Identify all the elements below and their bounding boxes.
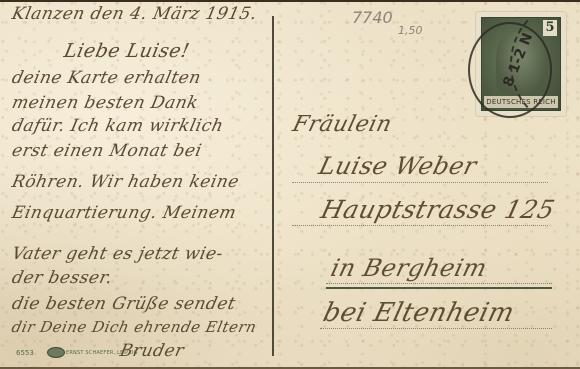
printer-number: 6553 [16, 349, 34, 357]
address-town: in Bergheim [328, 254, 490, 282]
message-line: Einquartierung. Meinem [10, 203, 238, 223]
message-line: Vater geht es jetzt wie- [10, 244, 225, 264]
message-line: dir Deine Dich ehrende Eltern [10, 318, 258, 336]
address-street: Hauptstrasse 125 [318, 195, 558, 224]
message-line: erst einen Monat bei [10, 141, 204, 161]
card-top-edge [0, 0, 580, 2]
message-line: meinen besten Dank [10, 93, 200, 113]
message-salutation: Liebe Luise! [62, 40, 192, 62]
printer-name: ERNST SCHAEFER, LEIPZIG [66, 350, 138, 356]
message-line: die besten Grüße sendet [10, 294, 237, 314]
message-line: dafür. Ich kam wirklich [10, 116, 225, 136]
printer-logo-icon [47, 347, 65, 358]
address-title: Fräulein [290, 112, 395, 137]
pencil-price: 1,50 [398, 24, 423, 37]
address-dotted-line [292, 225, 548, 226]
address-region: bei Eltenheim [320, 298, 518, 328]
address-underline [326, 287, 552, 289]
address-dotted-line [326, 283, 552, 284]
message-line: Röhren. Wir haben keine [10, 172, 241, 192]
postcard-back: Klanzen den 4. März 1915. Liebe Luise! d… [0, 0, 580, 369]
message-date-line: Klanzen den 4. März 1915. [10, 4, 259, 24]
message-line: deine Karte erhalten [10, 68, 203, 88]
address-dotted-line [292, 182, 548, 183]
center-divider [272, 16, 274, 356]
address-name: Luise Weber [316, 152, 480, 180]
message-line: der besser. [10, 268, 114, 288]
pencil-catalog-number: 7740 [352, 8, 393, 27]
address-dotted-line [320, 328, 552, 329]
